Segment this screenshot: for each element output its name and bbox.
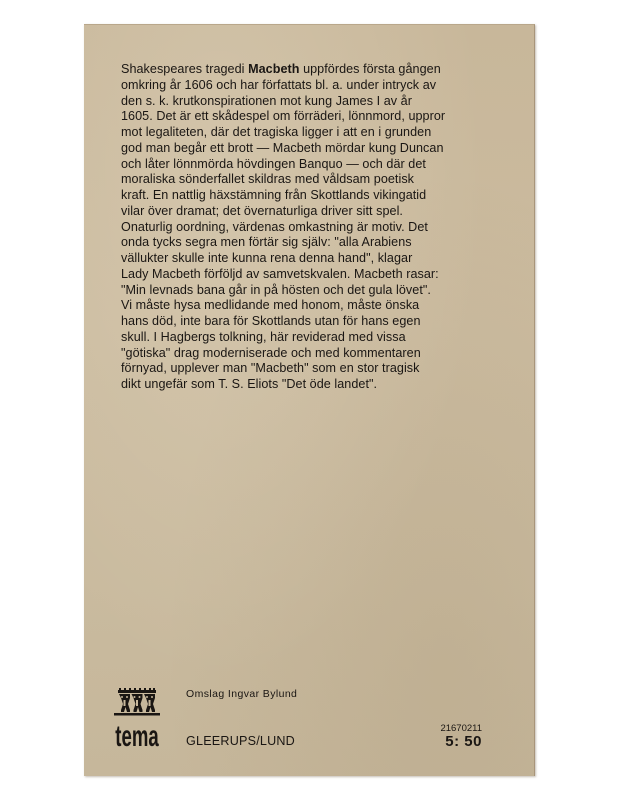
- blurb-line: Lady Macbeth förföljd av samvetskvalen. …: [121, 267, 501, 283]
- blurb-line: dikt ungefär som T. S. Eliots "Det öde l…: [121, 377, 501, 393]
- blurb-line: Vi måste hysa medlidande med honom, måst…: [121, 298, 501, 314]
- blurb-line: "Min levnads bana går in på hösten och d…: [121, 283, 501, 299]
- blurb-line: förnyad, upplever man "Macbeth" som en s…: [121, 361, 501, 377]
- blurb-line: onda tycks segra men förtär sig själv: "…: [121, 235, 501, 251]
- book-back-cover: Shakespeares tragedi Macbeth uppfördes f…: [84, 24, 535, 776]
- blurb-line: Onaturlig oordning, värdenas omkastning …: [121, 220, 501, 236]
- blurb-text: Shakespeares tragedi Macbeth uppfördes f…: [121, 62, 501, 393]
- publisher-name: GLEERUPS/LUND: [186, 734, 295, 748]
- blurb-line: "götiska" drag moderniserade och med kom…: [121, 346, 501, 362]
- title-emphasis: Macbeth: [248, 62, 299, 76]
- blurb-line: och låter lönnmörda hövdingen Banquo — o…: [121, 157, 501, 173]
- blurb-line: kraft. En nattlig häxstämning från Skott…: [121, 188, 501, 204]
- blurb-line: skull. I Hagbergs tolkning, här revidera…: [121, 330, 501, 346]
- blurb-line: god man begår ett brott — Macbeth mördar…: [121, 141, 501, 157]
- price-label: 5: 50: [445, 733, 482, 750]
- blurb-line: mot legaliteten, där det tragiska ligger…: [121, 125, 501, 141]
- blurb-line: hans död, inte bara för Skottlands utan …: [121, 314, 501, 330]
- logo-wordmark: tema: [115, 720, 159, 748]
- blurb-line: Shakespeares tragedi Macbeth uppfördes f…: [121, 62, 501, 78]
- blurb-line: vällukter skulle inte kunna rena denna h…: [121, 251, 501, 267]
- tema-logo-icon: tema: [114, 688, 160, 748]
- blurb-line: omkring år 1606 och har författats bl. a…: [121, 78, 501, 94]
- blurb-line: vilar över dramat; det övernaturliga dri…: [121, 204, 501, 220]
- cover-credit: Omslag Ingvar Bylund: [186, 688, 297, 700]
- blurb-line: den s. k. krutkonspirationen mot kung Ja…: [121, 94, 501, 110]
- blurb-line: 1605. Det är ett skådespel om förräderi,…: [121, 109, 501, 125]
- blurb-line: moraliska sönderfallet skildras med våld…: [121, 172, 501, 188]
